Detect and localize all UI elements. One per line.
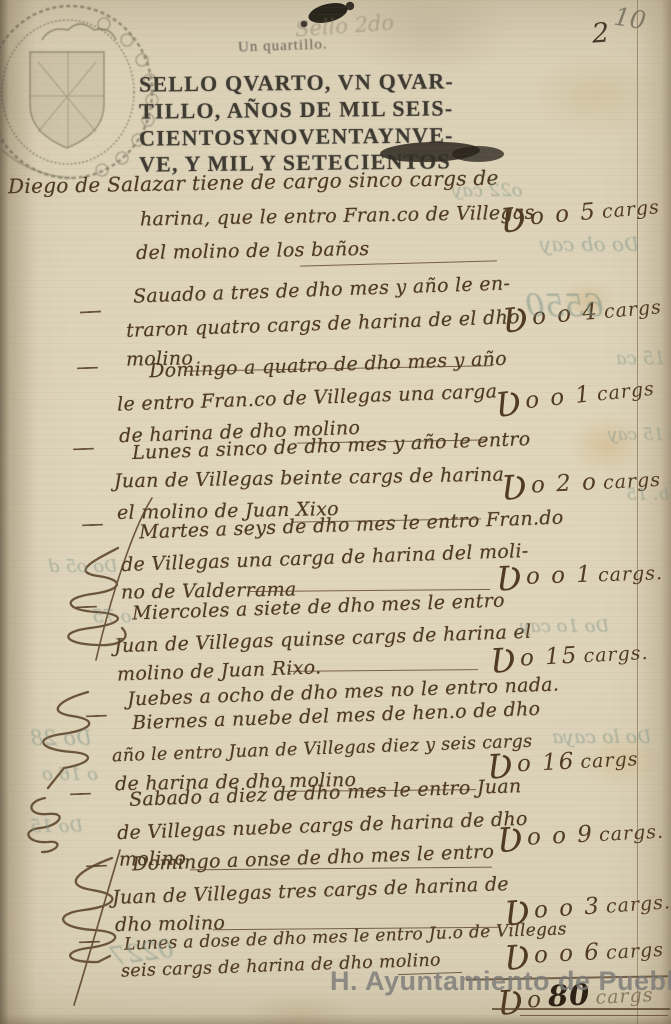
entry-line: harina, que le entro Fran.co de Villegas: [140, 202, 535, 231]
archive-watermark: H. Ayuntamiento de Puebla: [330, 966, 671, 997]
page-right-edge: [637, 0, 671, 1024]
bleedthrough-text: Ʋo 1o cay: [520, 616, 609, 637]
bleedthrough-text: Ʋo 15: [30, 816, 83, 837]
entry-marker: [73, 448, 94, 451]
entry-marker: [86, 715, 107, 718]
total-rule-bottom: [492, 1008, 670, 1010]
amount-mark: Ʋ: [496, 820, 523, 861]
bleedthrough-text: Ʋo o5 d: [48, 556, 118, 577]
amount-mark: Ʋ: [499, 200, 527, 242]
entry-line: de Villegas una carga de harina del moli…: [121, 540, 529, 576]
entry-marker: [80, 310, 101, 313]
entry-line: Diego de Salazar tiene de cargo sinco ca…: [8, 166, 499, 199]
bleedthrough-text: o22 cay: [452, 180, 522, 201]
bleedthrough-text: b. 15: [626, 485, 669, 505]
bleedthrough-text: 6550: [525, 288, 604, 324]
folio-number: 2: [591, 17, 610, 49]
entry-line: de Villegas nuebe cargs de harina de dho: [117, 808, 528, 844]
entry-marker: [82, 524, 103, 527]
bleedthrough-text: Ʋo ob cay: [540, 232, 639, 256]
entry-line: del molino de los baños: [136, 238, 370, 264]
entry-line: Juan de Villegas quinse cargs de harina …: [114, 621, 532, 658]
bleedthrough-text: o 16 o: [42, 764, 98, 785]
entry-marker: [77, 367, 98, 370]
binding-edge: [0, 0, 36, 1024]
entry-amount: Ʋ o o 1 cargs: [494, 375, 656, 418]
entry-line: Juan de Villegas beinte cargs de harina: [114, 464, 504, 493]
seal-text-line: SELLO QVARTO, VN QVAR-: [139, 68, 454, 97]
entry-line: Sauado a tres de dho mes y año le en-: [133, 272, 511, 307]
bleedthrough-text: Ʋo lo caya: [552, 726, 652, 748]
bleedthrough-text: Ʋo 28: [30, 726, 92, 750]
entry-line: Juan de Villegas tres cargs de harina de: [112, 873, 510, 909]
entry-line: le entro Fran.co de Villegas una carga: [117, 380, 498, 415]
entry-marker: [86, 865, 107, 868]
fill-rule-line: [300, 260, 497, 266]
entry-amount: Ʋ o 16 cargs: [486, 745, 639, 779]
bleedthrough-text: Ʋo 15 cay: [608, 425, 671, 445]
bleedthrough-text: Sello 2do: [294, 11, 394, 42]
pencil-foliation: 10: [612, 2, 648, 36]
bleedthrough-text: o 75: [92, 606, 131, 627]
bleedthrough-text: b 15 ca: [616, 348, 671, 369]
entry-line: Domingo a onse de dho mes le entro: [132, 841, 495, 876]
entry-amount: Ʋ o 15 cargs.: [489, 639, 649, 673]
seal-text-line: TILLO, AÑOS DE MIL SEIS-: [139, 95, 454, 124]
entry-marker: [70, 793, 91, 796]
entry-line: año le entro Juan de Villegas diez y sei…: [112, 732, 533, 767]
entry-line: traron quatro cargs de harina de el dho: [126, 306, 520, 342]
total-rule-bottom2: [520, 1015, 668, 1016]
manuscript-page: Un quartillo. SELLO QVARTO, VN QVAR- TIL…: [0, 0, 671, 1024]
seal-text-line: CIENTOSYNOVENTAYNVE-: [139, 122, 454, 151]
amount-mark: Ʋ: [500, 468, 527, 509]
entry-line: Domingo a quatro de dho mes y año: [149, 348, 508, 382]
amount-mark: Ʋ: [494, 384, 523, 426]
entry-marker: [79, 941, 100, 944]
